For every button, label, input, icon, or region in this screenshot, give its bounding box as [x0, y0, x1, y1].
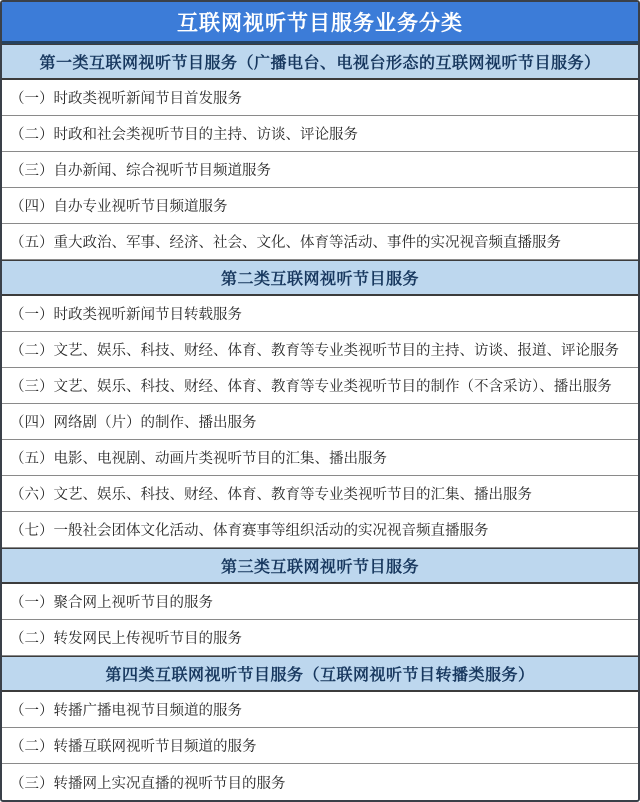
table-row: （六）文艺、娱乐、科技、财经、体育、教育等专业类视听节目的汇集、播出服务	[2, 476, 638, 512]
table-row: （二）转播互联网视听节目频道的服务	[2, 728, 638, 764]
table-row: （五）电影、电视剧、动画片类视听节目的汇集、播出服务	[2, 440, 638, 476]
table-row: （二）转发网民上传视听节目的服务	[2, 620, 638, 656]
page-title: 互联网视听节目服务业务分类	[2, 2, 638, 44]
table-row: （七）一般社会团体文化活动、体育赛事等组织活动的实况视音频直播服务	[2, 512, 638, 548]
table-row: （四）网络剧（片）的制作、播出服务	[2, 404, 638, 440]
table-row: （一）转播广播电视节目频道的服务	[2, 692, 638, 728]
table-row: （一）时政类视听新闻节目转载服务	[2, 296, 638, 332]
table-row: （二）时政和社会类视听节目的主持、访谈、评论服务	[2, 116, 638, 152]
table-row: （一）聚合网上视听节目的服务	[2, 584, 638, 620]
section-header: 第四类互联网视听节目服务（互联网视听节目转播类服务）	[2, 656, 638, 692]
table-row: （五）重大政治、军事、经济、社会、文化、体育等活动、事件的实况视音频直播服务	[2, 224, 638, 260]
section-header: 第二类互联网视听节目服务	[2, 260, 638, 296]
table-row: （二）文艺、娱乐、科技、财经、体育、教育等专业类视听节目的主持、访谈、报道、评论…	[2, 332, 638, 368]
table-row: （三）文艺、娱乐、科技、财经、体育、教育等专业类视听节目的制作（不含采访）、播出…	[2, 368, 638, 404]
table-row: （三）转播网上实况直播的视听节目的服务	[2, 764, 638, 800]
classification-table: 互联网视听节目服务业务分类 第一类互联网视听节目服务（广播电台、电视台形态的互联…	[0, 0, 640, 802]
table-row: （四）自办专业视听节目频道服务	[2, 188, 638, 224]
section-header: 第三类互联网视听节目服务	[2, 548, 638, 584]
table-row: （一）时政类视听新闻节目首发服务	[2, 80, 638, 116]
section-header: 第一类互联网视听节目服务（广播电台、电视台形态的互联网视听节目服务）	[2, 44, 638, 80]
table-row: （三）自办新闻、综合视听节目频道服务	[2, 152, 638, 188]
